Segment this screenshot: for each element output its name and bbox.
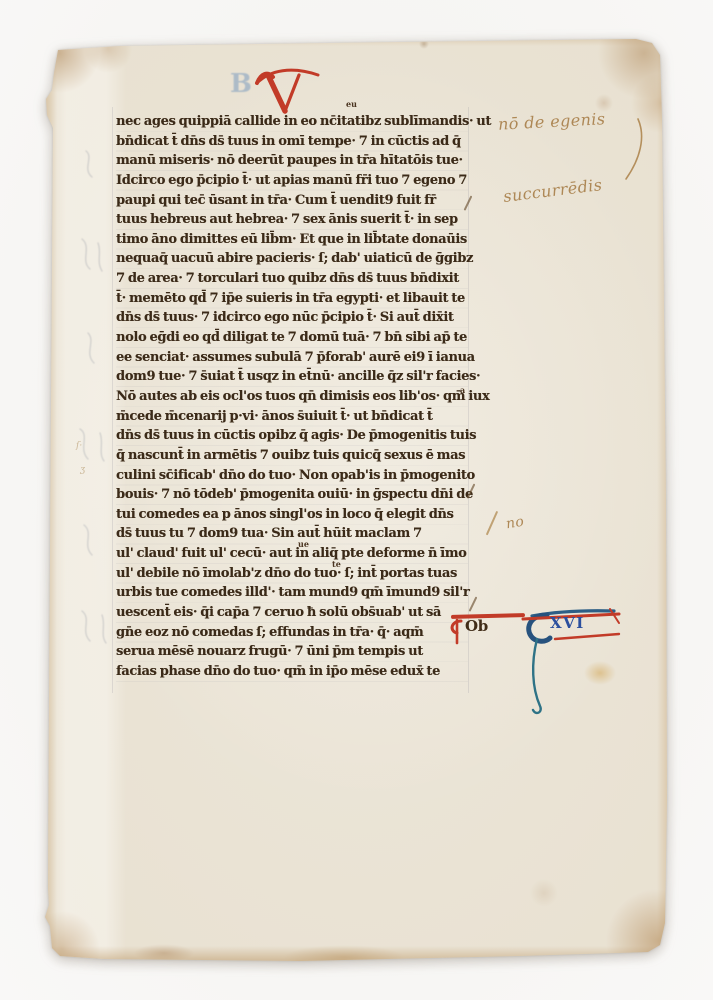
edge-mark: ſ·: [76, 441, 82, 451]
text-line: urbis tue comedes illd'· tam mund9 qm̄ ī…: [116, 583, 468, 603]
faded-header-letter: B: [230, 69, 252, 99]
text-line: t̄· memēto qd̄ 7 ip̄e suieris in tr̄a eg…: [116, 289, 468, 309]
text-line: nec ages quippiā callide in eo nc̄itatib…: [116, 112, 468, 132]
photo-backdrop: ſ· ʒ B nec ages quippiā callide in eo nc…: [0, 0, 713, 1000]
interlinear-gloss: eu: [346, 99, 357, 109]
text-line: ul' claud' fuit ul' cecū· aut in aliq̄ p…: [116, 544, 468, 564]
text-line: culini sc̄ificab' dn̄o do tuo· Non opab'…: [116, 466, 468, 486]
text-line: facias phase dn̄o do tuo· qm̄ in ip̄o mē…: [116, 662, 468, 682]
text-line: paupi qui tec̄ ūsant in tr̄a· Cum t̄ uen…: [116, 191, 468, 211]
margin-annotation: succurrēdis: [502, 175, 603, 206]
text-line: manū miseris· nō deerūt paupes in tr̄a h…: [116, 151, 468, 171]
margin-annotation: nō de egenis: [498, 109, 606, 134]
text-line: gn̄e eoz nō comedas ſ; effundas in tr̄a·…: [116, 623, 468, 643]
red-header-flourish-icon: [254, 63, 324, 119]
text-line: Idcirco ego p̄cipio t̄· ut apias manū fr…: [116, 171, 468, 191]
text-line: nequaq̄ uacuū abire pacieris· ſ; dab' ui…: [116, 249, 468, 269]
chapter-numeral: xvi: [550, 608, 585, 634]
interlinear-gloss: ue: [298, 539, 309, 549]
text-line: Nō autes ab eis ocl'os tuos qn̄ dimisis …: [116, 387, 468, 407]
ruling-line: [112, 107, 113, 693]
text-line: tuus hebreus aut hebrea· 7 sex ānis suer…: [116, 210, 468, 230]
text-line: dn̄s ds̄ tuus in cūctis opibz q̄ agis· D…: [116, 426, 468, 446]
paraph-icon: [447, 616, 465, 646]
annotation-slash: [486, 511, 498, 535]
chapter-mark: xvi: [520, 602, 624, 724]
text-line: dom9 tue· 7 s̄uiat t̄ usqz in et̄nū· anc…: [116, 367, 468, 387]
text-line: bouis· 7 nō tōdeb' p̄mogenita ouiū· in ḡ…: [116, 485, 468, 505]
margin-annotation: no: [505, 514, 526, 533]
text-line: uescent̄ eis· q̄i cap̄a 7 ceruo ħ solū o…: [116, 603, 468, 623]
text-line: ul' debile nō īmolab'z dn̄o do tuo· ſ; i…: [116, 564, 468, 584]
manuscript-leaf: ſ· ʒ B nec ages quippiā callide in eo nc…: [44, 33, 672, 963]
text-line: 7 de area· 7 torculari tuo quibz dn̄s ds…: [116, 269, 468, 289]
text-line: dn̄s ds̄ tuus· 7 idcirco ego nūc p̄cipio…: [116, 308, 468, 328]
interlinear-gloss: te: [332, 559, 341, 569]
text-block: nec ages quippiā callide in eo nc̄itatib…: [116, 112, 468, 682]
text-line: serua mēsē nouarz frugū· 7 ūni p̄m tempi…: [116, 642, 468, 662]
interlinear-gloss: a: [460, 385, 465, 395]
rubric-incipit: Ob: [465, 617, 488, 635]
text-line: bn̄dicat t̄ dn̄s ds̄ tuus in omī tempe· …: [116, 132, 468, 152]
parchment: ſ· ʒ B nec ages quippiā callide in eo nc…: [44, 33, 672, 963]
text-line: m̄cede m̄cenarij p·vi· ānos s̄uiuit t̄· …: [116, 407, 468, 427]
edge-mark: ʒ: [80, 465, 85, 475]
text-line: nolo eḡdi eo qd̄ diligat te 7 domū tuā· …: [116, 328, 468, 348]
text-line: ds̄ tuus tu 7 dom9 tua· Sin aut̄ hūit ma…: [116, 524, 468, 544]
text-line: q̄ nascunt̄ in armētis 7 ouibz tuis quic…: [116, 446, 468, 466]
text-line: tui comedes ea p ānos singl'os in loco q…: [116, 505, 468, 525]
annotation-flourish-icon: [619, 117, 647, 183]
text-line: ee senciat· assumes subulā 7 p̄forab' au…: [116, 348, 468, 368]
text-line: timo āno dimittes eū lib̄m· Et que in li…: [116, 230, 468, 250]
line-filler-slash: [469, 596, 477, 611]
